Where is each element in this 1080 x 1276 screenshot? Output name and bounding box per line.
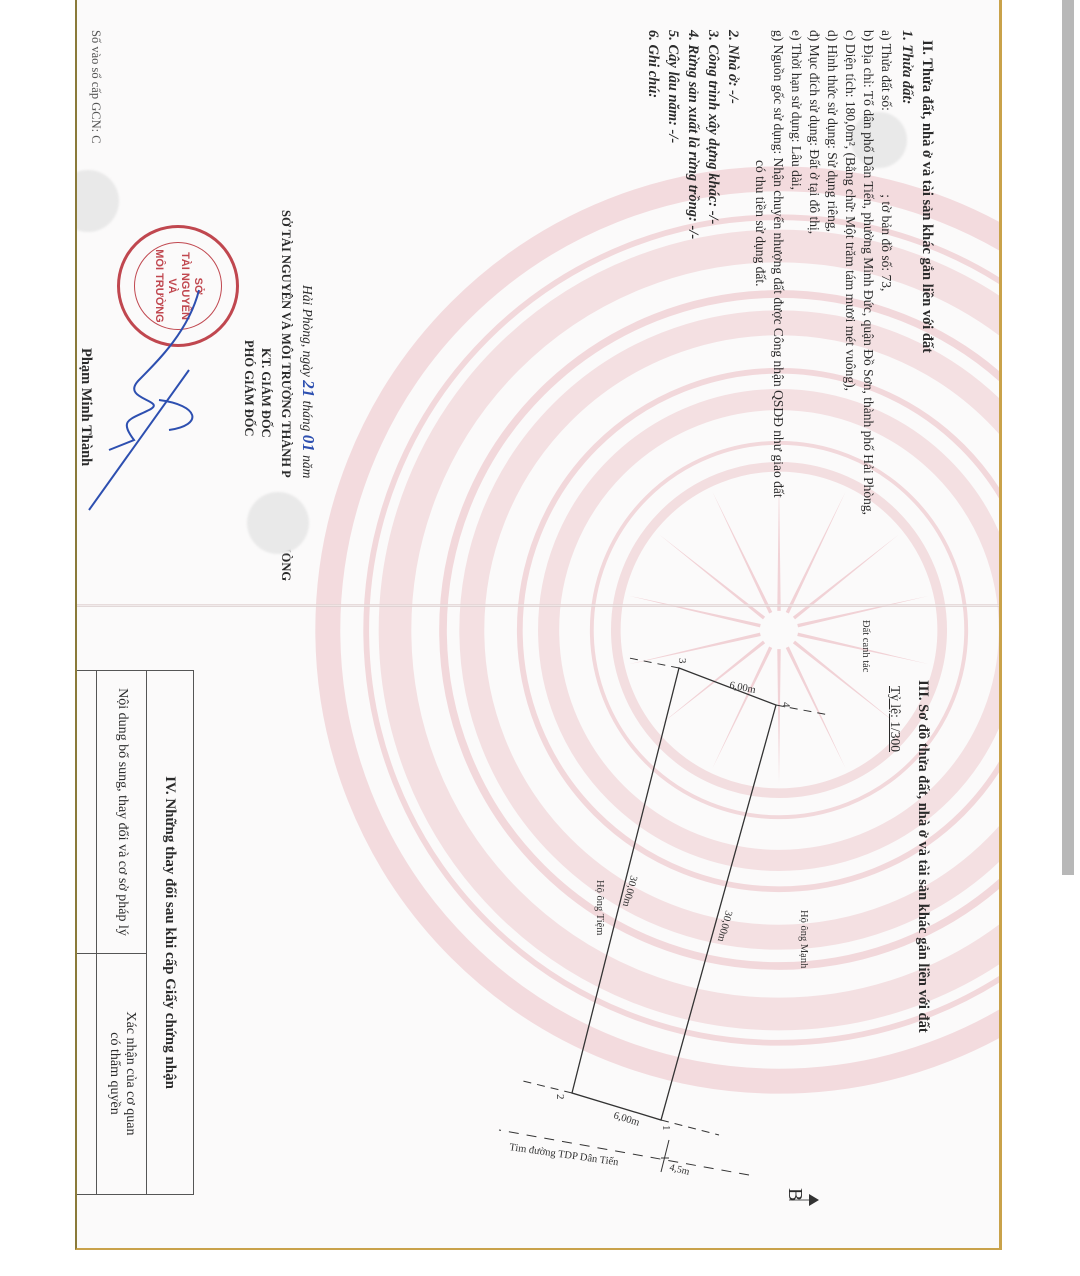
neighbor-top: Hộ ông Mạnh (798, 910, 809, 969)
issue-date: Hải Phòng, ngày 21 tháng 01 năm (299, 285, 316, 478)
official-stamp: SỞ TÀI NGUYÊN VÀ MÔI TRƯỜNG (117, 225, 239, 347)
point-1: 1 (660, 1125, 672, 1131)
setback-distance: 4,5m (668, 1162, 691, 1178)
land-heading: 1. Thửa đất: (899, 30, 915, 104)
point-2: 2 (554, 1094, 566, 1100)
neighbor-back: Đất canh tác (860, 620, 871, 673)
land-item-d: d) Hình thức sử dụng: Sử dụng riêng, (824, 30, 840, 232)
item-other-construction: 3. Công trình xây dựng khác: -/- (705, 30, 721, 224)
signer-role-1: KT. GIÁM ĐỐC (258, 348, 274, 438)
signer-name: Phạm Minh Thành (78, 348, 94, 466)
edge-3-4-length: 6,00m (728, 680, 756, 696)
redaction-agency (247, 492, 309, 554)
section2-title: II. Thửa đất, nhà ở và tài sản khác gắn … (919, 40, 935, 353)
changes-table-header: Nội dung bổ sung, thay đổi và cơ sở pháp… (96, 671, 147, 1194)
item-house: 2. Nhà ở: -/- (725, 30, 741, 104)
land-item-b: b) Địa chỉ: Tổ dân phố Dân Tiến, phường … (860, 30, 876, 515)
redaction-register (75, 170, 119, 232)
land-item-c: c) Diện tích: 180,0m², (Bằng chữ: Một tr… (842, 30, 858, 391)
item-perennial-trees: 5. Cây lâu năm: -/- (665, 30, 681, 143)
land-item-g-cont: có thu tiền sử dụng đất. (752, 160, 768, 287)
land-item-g: g) Nguồn gốc sử dụng: Nhận chuyển nhượng… (770, 30, 786, 498)
section4-title: IV. Những thay đổi sau khi cấp Giấy chứn… (146, 671, 193, 1194)
item-notes: 6. Ghi chú: (645, 30, 661, 98)
neighbor-bottom: Hộ ông Tiệm (594, 880, 605, 935)
point-4: 4 (780, 702, 792, 708)
north-label: B (787, 1188, 803, 1201)
changes-table: IV. Những thay đổi sau khi cấp Giấy chứn… (75, 670, 194, 1195)
land-item-dd: đ) Mục đích sử dụng: Đất ở tại đô thị, (806, 30, 822, 234)
signer-role-2: PHÓ GIÁM ĐỐC (241, 340, 257, 437)
land-item-e: e) Thời hạn sử dụng: Lâu dài, (788, 30, 804, 190)
parcel-plan: 4 1 2 3 6,00m 6,00m 30,00m 30,00m Hộ ông… (479, 610, 919, 1250)
item-forest: 4. Rừng sản xuất là rừng trồng: -/- (685, 30, 701, 239)
changes-table-body (75, 671, 97, 1194)
col-authority-confirmation: Xác nhận của cơ quan có thẩm quyền (97, 953, 147, 1194)
certificate-spread: II. Thửa đất, nhà ở và tài sản khác gắn … (0, 0, 1080, 1276)
road-label: Tim đường TDP Dân Tiến (509, 1142, 620, 1168)
col-changes-content: Nội dung bổ sung, thay đổi và cơ sở pháp… (97, 671, 147, 954)
point-3: 3 (676, 658, 688, 664)
paper-sheet: II. Thửa đất, nhà ở và tài sản khác gắn … (75, 0, 1002, 1250)
page-fold (77, 604, 999, 607)
